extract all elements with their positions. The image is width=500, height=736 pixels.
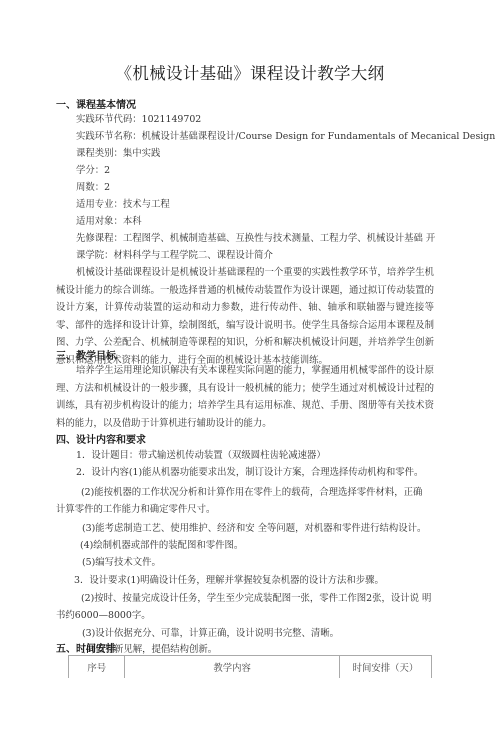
design-requirement-2: (2)按时、按量完成设计任务，学生至少完成装配图一张，零件工作图2张，设计说 明…: [56, 590, 434, 624]
design-requirement-1: 3．设计要求(1)明确设计任务，理解并掌握较复杂机器的设计方法和步骤。: [74, 572, 384, 586]
info-line-weeks: 周数：2: [76, 179, 110, 193]
section-heading-basic-info: 一、课程基本情况: [56, 96, 136, 111]
design-content-5: (5)编写技术文件。: [82, 554, 161, 568]
info-line-audience: 适用对象：本科: [76, 213, 142, 227]
column-header-days: 时间安排（天）: [339, 656, 431, 679]
design-content-2: (2)能按机器的工作状况分析和计算作用在零件上的载荷，合理选择零件材料，正确 计…: [56, 484, 434, 518]
table-header-row: 序号 教学内容 时间安排（天）: [69, 656, 432, 679]
column-header-no: 序号: [69, 656, 125, 679]
section-heading-objectives: 三、教学目标: [56, 347, 116, 362]
design-content-1: 2．设计内容(1)能从机器功能要求出发，制订设计方案，合理选择传动机构和零件。: [76, 464, 423, 478]
info-line-prerequisites: 先修课程：工程图学、机械制造基础、互换性与技术测量、工程力学、机械设计基础 开: [76, 230, 435, 244]
design-topic: 1．设计题目：带式输送机传动装置（双级圆柱齿轮减速器）: [76, 447, 326, 461]
column-header-content: 教学内容: [125, 656, 339, 679]
info-line-college: 课学院：材料科学与工程学院二、课程设计简介: [76, 247, 273, 261]
objectives-paragraph: 培养学生运用理论知识解决有关本课程实际问题的能力，掌握通用机械零部件的设计原理、…: [56, 362, 434, 432]
design-requirement-3: (3)设计依据充分、可靠，计算正确，设计说明书完整、清晰。: [82, 625, 339, 639]
info-line-major: 适用专业：技术与工程: [76, 196, 170, 210]
info-line-code: 实践环节代码：1021149702: [76, 111, 201, 125]
document-title: 《机械设计基础》课程设计教学大纲: [0, 60, 500, 84]
design-content-4: (4)绘制机器或部件的装配图和零件图。: [80, 537, 243, 551]
design-content-3: (3)能考虑制造工艺、使用维护、经济和安 全等问题，对机器和零件进行结构设计。: [82, 520, 426, 534]
section-heading-schedule: 五、时间安排: [56, 640, 116, 655]
section-heading-content: 四、设计内容和要求: [56, 431, 146, 446]
info-line-credits: 学分：2: [76, 162, 110, 176]
info-line-category: 课程类别：集中实践: [76, 145, 160, 159]
schedule-table: 序号 教学内容 时间安排（天）: [68, 655, 432, 678]
info-line-name: 实践环节名称：机械设计基础课程设计/Course Design for Fund…: [76, 128, 495, 142]
